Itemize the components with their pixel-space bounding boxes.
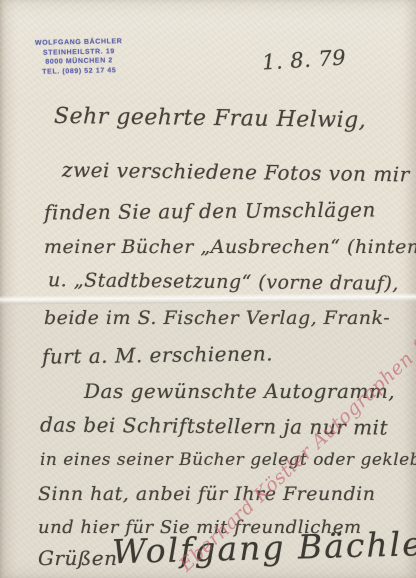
handwritten-line: Sinn hat, anbei für Ihre Freundin (38, 483, 375, 505)
handwritten-line: finden Sie auf den Umschlägen (44, 198, 376, 225)
handwritten-line: Das gewünschte Autogramm, (84, 379, 395, 403)
salutation-line: Sehr geehrte Frau Helwig, (54, 104, 367, 133)
signature: Wolfgang Bächler (112, 524, 416, 572)
handwritten-line: u. „Stadtbesetzung“ (vorne drauf), (48, 269, 399, 295)
handwritten-line: beide im S. Fischer Verlag, Frank- (44, 307, 390, 329)
stamp-line-phone: TEL. (089) 52 17 45 (27, 65, 131, 77)
closing-line: Grüßen (38, 546, 118, 570)
sender-address-stamp: WOLFGANG BÄCHLER STEINHEILSTR. 19 8000 M… (27, 37, 132, 77)
handwritten-line: in eines seiner Bücher gelegt oder gekle… (40, 450, 416, 470)
handwritten-date: 1. 8. 79 (261, 45, 346, 74)
handwritten-line: zwei verschiedene Fotos von mir (62, 158, 410, 187)
handwritten-line: das bei Schriftstellern ja nur mit (40, 412, 388, 439)
letter-page: WOLFGANG BÄCHLER STEINHEILSTR. 19 8000 M… (0, 0, 416, 578)
handwritten-line: furt a. M. erschienen. (42, 341, 273, 368)
handwritten-line: meiner Bücher „Ausbrechen“ (hinten) (44, 236, 416, 258)
